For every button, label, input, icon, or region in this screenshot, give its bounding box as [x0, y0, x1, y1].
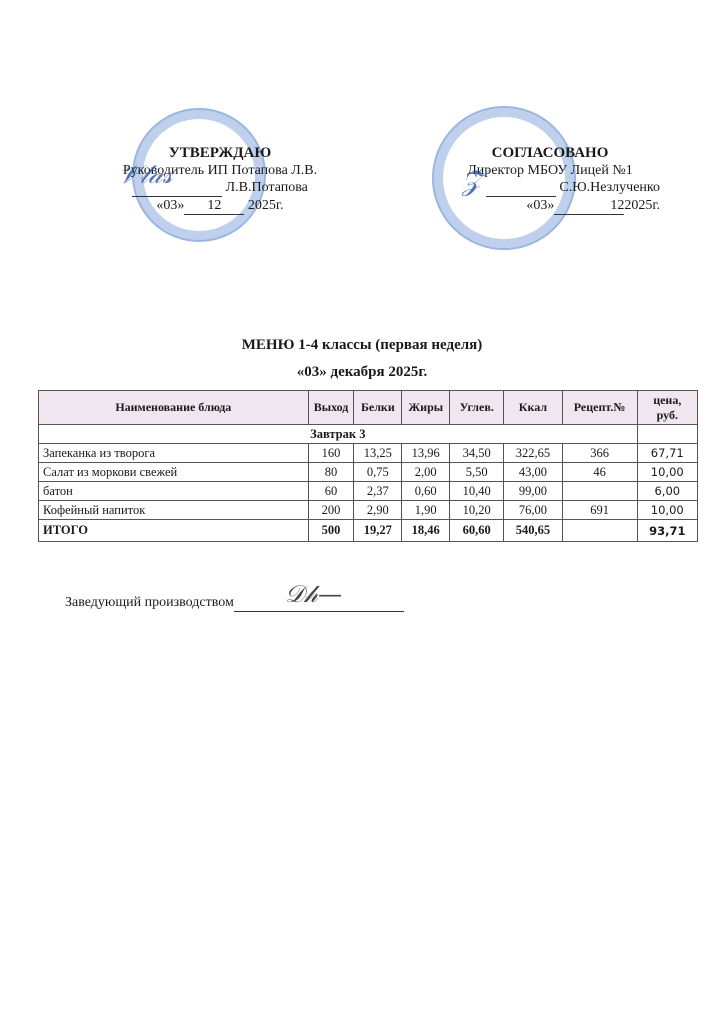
cell-recipe: 46: [562, 463, 637, 482]
cell-price: 6,00: [637, 482, 697, 501]
cell-kcal: 540,65: [504, 520, 562, 542]
cell-recipe: [562, 482, 637, 501]
approval-month: 12: [184, 197, 244, 215]
cell-recipe: [562, 520, 637, 542]
manager-signature-line: Заведующий производством: [65, 595, 404, 612]
cell-carbs: 5,50: [450, 463, 504, 482]
cell-name: батон: [39, 482, 309, 501]
cell-fats: 13,96: [402, 444, 450, 463]
approval-heading: СОГЛАСОВАНО: [440, 145, 660, 162]
cell-name: Салат из моркови свежей: [39, 463, 309, 482]
cell-name: ИТОГО: [39, 520, 309, 542]
section-label: Завтрак 3: [39, 425, 638, 444]
table-header-row: Наименование блюда Выход Белки Жиры Угле…: [39, 391, 698, 425]
cell-recipe: 366: [562, 444, 637, 463]
cell-output: 160: [308, 444, 354, 463]
cell-carbs: 10,20: [450, 501, 504, 520]
cell-output: 200: [308, 501, 354, 520]
cell-proteins: 2,90: [354, 501, 402, 520]
cell-output: 60: [308, 482, 354, 501]
cell-fats: 2,00: [402, 463, 450, 482]
header-name: Наименование блюда: [39, 391, 309, 425]
cell-kcal: 76,00: [504, 501, 562, 520]
table-row: Салат из моркови свежей800,752,005,5043,…: [39, 463, 698, 482]
cell-fats: 1,90: [402, 501, 450, 520]
header-proteins: Белки: [354, 391, 402, 425]
signature-left: 𝒱𝓁𝒶𝓈: [118, 160, 172, 191]
header-carbs: Углев.: [450, 391, 504, 425]
cell-proteins: 19,27: [354, 520, 402, 542]
section-row: Завтрак 3: [39, 425, 698, 444]
approval-year: 2025г.: [248, 198, 284, 213]
cell-kcal: 43,00: [504, 463, 562, 482]
manager-label: Заведующий производством: [65, 595, 234, 610]
cell-proteins: 2,37: [354, 482, 402, 501]
cell-price: 10,00: [637, 463, 697, 482]
cell-fats: 18,46: [402, 520, 450, 542]
cell-proteins: 0,75: [354, 463, 402, 482]
cell-proteins: 13,25: [354, 444, 402, 463]
table-row: батон602,370,6010,4099,006,00: [39, 482, 698, 501]
header-output: Выход: [308, 391, 354, 425]
page-date: «03» декабря 2025г.: [0, 364, 724, 381]
signature-manager: 𝒟𝒽—: [285, 580, 342, 608]
header-fats: Жиры: [402, 391, 450, 425]
cell-price: 93,71: [637, 520, 697, 542]
menu-table: Наименование блюда Выход Белки Жиры Угле…: [38, 390, 698, 542]
cell-name: Кофейный напиток: [39, 501, 309, 520]
cell-carbs: 34,50: [450, 444, 504, 463]
cell-price: 67,71: [637, 444, 697, 463]
header-kcal: Ккал: [504, 391, 562, 425]
approval-month: 12: [554, 197, 624, 215]
cell-output: 80: [308, 463, 354, 482]
total-row: ИТОГО50019,2718,4660,60540,6593,71: [39, 520, 698, 542]
cell-recipe: 691: [562, 501, 637, 520]
cell-fats: 0,60: [402, 482, 450, 501]
approval-year: 2025г.: [624, 198, 660, 213]
approval-signatory: Л.В.Потапова: [226, 180, 308, 195]
page-title: МЕНЮ 1-4 классы (первая неделя): [0, 337, 724, 354]
approval-day: «03»: [526, 198, 554, 213]
approval-signatory: С.Ю.Незлученко: [559, 180, 660, 195]
cell-kcal: 322,65: [504, 444, 562, 463]
cell-carbs: 10,40: [450, 482, 504, 501]
approval-day: «03»: [156, 198, 184, 213]
cell-output: 500: [308, 520, 354, 542]
header-price: цена, руб.: [637, 391, 697, 425]
cell-name: Запеканка из творога: [39, 444, 309, 463]
signature-right: 𝒵: [462, 164, 483, 198]
table-row: Кофейный напиток2002,901,9010,2076,00691…: [39, 501, 698, 520]
cell-price: 10,00: [637, 501, 697, 520]
header-recipe: Рецепт.№: [562, 391, 637, 425]
table-row: Запеканка из творога16013,2513,9634,5032…: [39, 444, 698, 463]
cell-carbs: 60,60: [450, 520, 504, 542]
cell-kcal: 99,00: [504, 482, 562, 501]
